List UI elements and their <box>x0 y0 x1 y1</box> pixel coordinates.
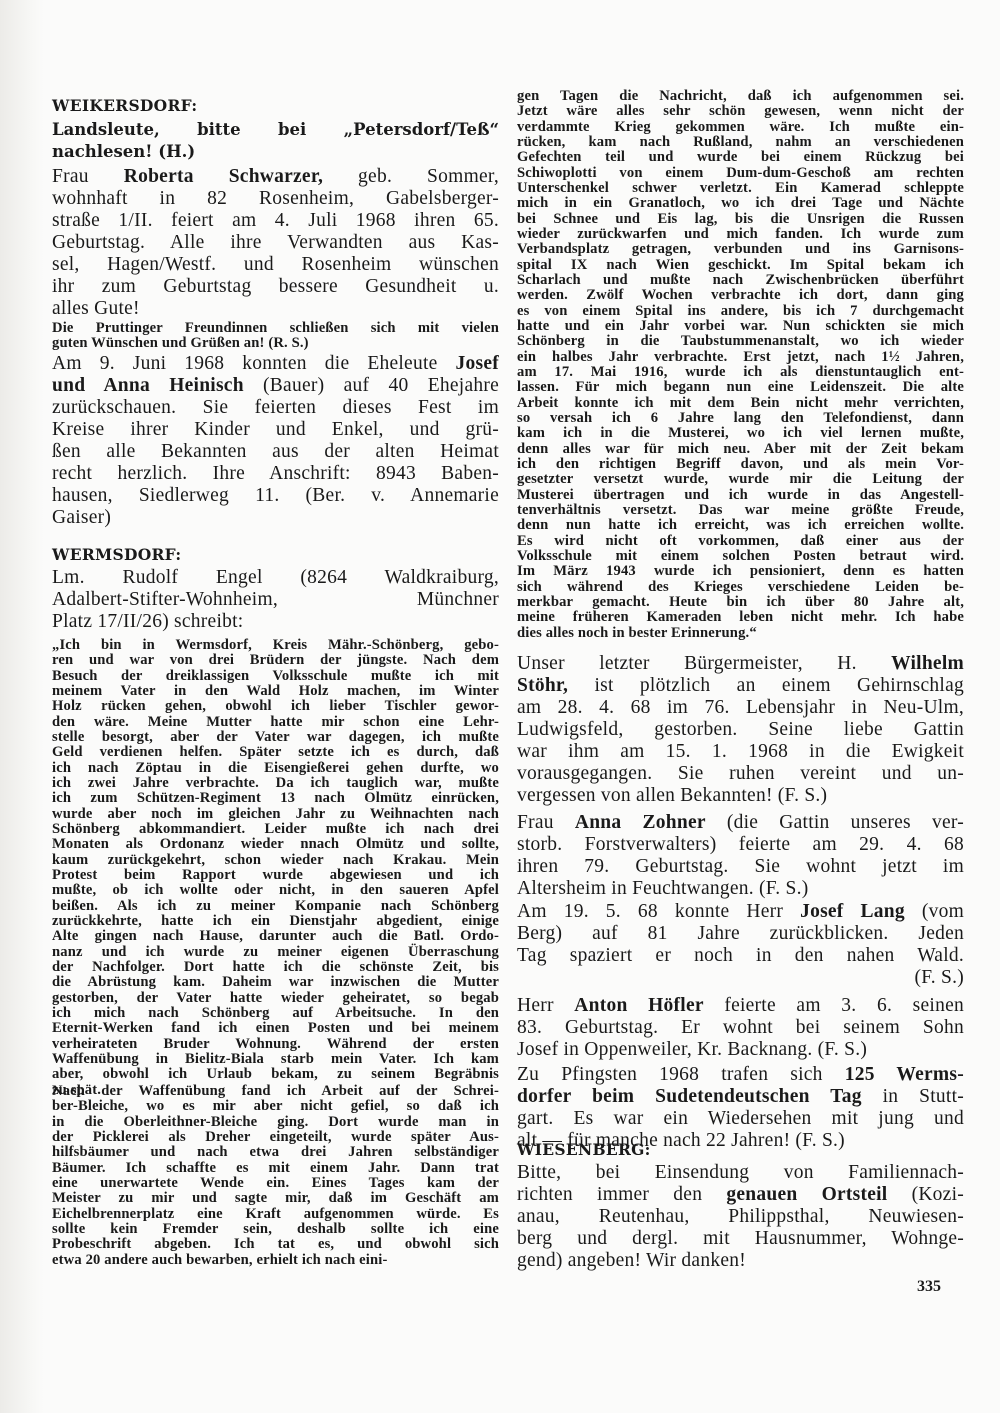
anniversary-heinisch-line: zurückschauen. Sie feierten dieses Fest … <box>52 397 499 419</box>
notice-line: nachlesen! (H.) <box>52 142 499 161</box>
birthday-lang-line: Tag spaziert er noch in den nahen Wald. <box>517 945 964 967</box>
birthday-lang-line: Berg) auf 81 Jahre zurückblicken. Jeden <box>517 923 964 945</box>
highlight: genauen Ortsteil <box>726 1184 887 1205</box>
wiesenberg-notice-line: berg und dergl. mit Hausnummer, Wohnge- <box>517 1228 964 1250</box>
obituary-stoehr-line: war ihm am 15. 1. 1968 in die Ewigkeit <box>517 741 964 763</box>
obituary-stoehr-line: am 28. 4. 68 im 76. Lebensjahr in Neu-Ul… <box>517 697 964 719</box>
birthday-zohner-line: ihren 79. Geburtstag. Sie wohnt jetzt im <box>517 856 964 878</box>
birthday-hoefler-line: 83. Geburtstag. Er wohnt bei seinem Sohn <box>517 1017 964 1039</box>
obituary-stoehr-line: vorausgegangen. Sie ruhen vereint und un… <box>517 763 964 785</box>
section-heading-wermsdorf: WERMSDORF: <box>52 545 499 564</box>
anniversary-heinisch-line: Kreise ihrer Kinder und Enkel, und grü- <box>52 419 499 441</box>
birthday-schwarzer-line: wohnhaft in 82 Rosenheim, Gabelsberger- <box>52 188 499 210</box>
birthday-schwarzer-line: ihr zum Geburtstag bessere Gesundheit u. <box>52 276 499 298</box>
meeting-pfingsten-line: Zu Pfingsten 1968 trafen sich 125 Werms- <box>517 1064 964 1086</box>
birthday-hoefler-line: Herr Anton Höfler feierte am 3. 6. seine… <box>517 995 964 1017</box>
anniversary-heinisch-line: recht herzlich. Ihre Anschrift: 8943 Bab… <box>52 463 499 485</box>
birthday-zohner-line: Frau Anna Zohner (die Gattin unseres ver… <box>517 812 964 834</box>
letter-line: etwa 20 andere auch bewarben, erhielt ic… <box>52 1252 499 1269</box>
engel-intro-line: Platz 17/II/26) schreibt: <box>52 611 499 633</box>
section-heading-weikersdorf: WEIKERSDORF: <box>52 96 499 115</box>
obituary-stoehr-line: Unser letzter Bürgermeister, H. Wilhelm <box>517 653 964 675</box>
obituary-stoehr-line: Stöhr, ist plötzlich an einem Gehirnschl… <box>517 675 964 697</box>
person-name: Anna Zohner <box>575 812 706 833</box>
person-name: Wilhelm <box>891 653 964 674</box>
meeting-pfingsten-line: dorfer beim Sudetendeutschen Tag in Stut… <box>517 1086 964 1108</box>
anniversary-heinisch-line: hausen, Siedlerweg 11. (Ber. v. Annemari… <box>52 485 499 507</box>
engel-intro-line: Adalbert-Stifter-Wohnheim, Münchner <box>52 589 499 611</box>
highlight: dorfer beim Sudetendeutschen Tag <box>517 1086 862 1107</box>
person-name: Stöhr, <box>517 675 568 696</box>
birthday-zohner-line: storb. Forstverwalters) feierte am 29. 4… <box>517 834 964 856</box>
person-name: Anton Höfler <box>574 995 703 1016</box>
birthday-hoefler-line: Josef in Oppenweiler, Kr. Backnang. (F. … <box>517 1039 964 1061</box>
anniversary-heinisch-line: und Anna Heinisch (Bauer) auf 40 Ehejahr… <box>52 375 499 397</box>
person-name: Josef <box>456 353 500 374</box>
notice-line: Landsleute, bitte bei „Petersdorf/Teß“ <box>52 120 499 139</box>
birthday-schwarzer-line: alles Gute! <box>52 298 499 320</box>
greeting-pruttinger-line: guten Wünschen und Grüßen an! (R. S.) <box>52 335 499 352</box>
person-name: und Anna Heinisch <box>52 375 244 396</box>
birthday-lang-line: (F. S.) <box>517 967 964 989</box>
letter-line: dies alles noch in bester Erinnerung.“ <box>517 625 964 642</box>
highlight: 125 Werms- <box>845 1064 964 1085</box>
birthday-schwarzer-line: straße 1/II. feiert am 4. Juli 1968 ihre… <box>52 210 499 232</box>
page-number: 335 <box>917 1278 941 1296</box>
section-heading-wiesenberg: WIESENBERG: <box>517 1140 964 1159</box>
scan-page-edge <box>0 0 44 1413</box>
wiesenberg-notice-line: richten immer den genauen Ortsteil (Kozi… <box>517 1184 964 1206</box>
birthday-lang-line: Am 19. 5. 68 konnte Herr Josef Lang (vom <box>517 901 964 923</box>
anniversary-heinisch-line: ßen alle Bekannten aus der alten Heimat <box>52 441 499 463</box>
engel-intro-line: Lm. Rudolf Engel (8264 Waldkraiburg, <box>52 567 499 589</box>
wiesenberg-notice-line: gend) angeben! Wir danken! <box>517 1250 964 1272</box>
birthday-schwarzer-line: Frau Roberta Schwarzer, geb. Sommer, <box>52 166 499 188</box>
meeting-pfingsten-line: gart. Es war ein Wiedersehen mit jung un… <box>517 1108 964 1130</box>
birthday-zohner-line: Altersheim in Feuchtwangen. (F. S.) <box>517 878 964 900</box>
birthday-schwarzer-line: sel, Hagen/Westf. und Rosenheim wünschen <box>52 254 499 276</box>
anniversary-heinisch-line: Gaiser) <box>52 507 499 529</box>
wiesenberg-notice-line: Bitte, bei Einsendung von Familiennach- <box>517 1162 964 1184</box>
person-name: Roberta Schwarzer, <box>124 166 323 187</box>
obituary-stoehr-line: Ludwigsfeld, gestorben. Seine liebe Gatt… <box>517 719 964 741</box>
obituary-stoehr-line: vergessen von allen Bekannten! (F. S.) <box>517 785 964 807</box>
birthday-schwarzer-line: Geburtstag. Alle ihre Verwandten aus Kas… <box>52 232 499 254</box>
wiesenberg-notice-line: anau, Reutenhau, Philippsthal, Neuwiesen… <box>517 1206 964 1228</box>
person-name: Josef Lang <box>800 901 905 922</box>
anniversary-heinisch-line: Am 9. Juni 1968 konnten die Eheleute Jos… <box>52 353 499 375</box>
